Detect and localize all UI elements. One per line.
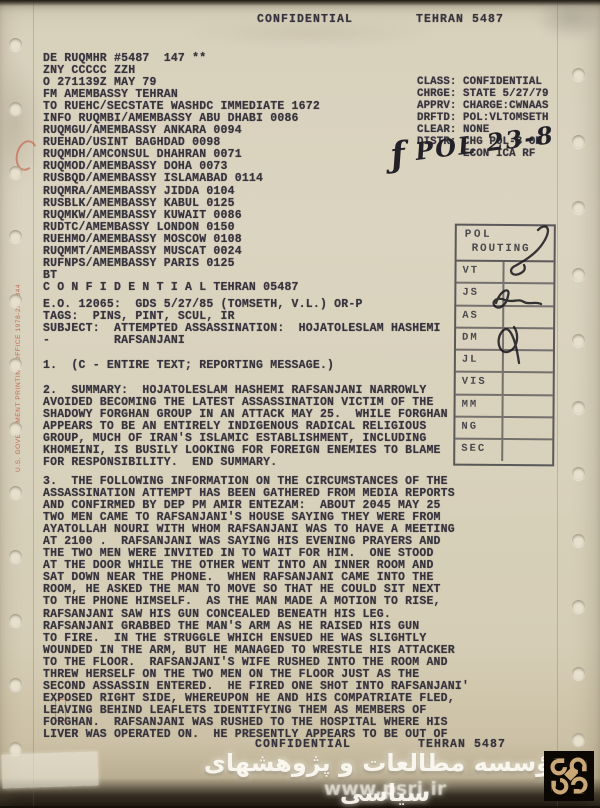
punch-hole [9, 230, 22, 243]
routing-signature-cell [504, 396, 553, 417]
punch-hole [9, 742, 22, 755]
routing-signature-cell [504, 307, 553, 328]
routing-row-label: AS [456, 306, 504, 327]
routing-signature-cell [504, 284, 553, 305]
routing-row-label: SEC [455, 440, 503, 461]
routing-row-label: VIS [456, 373, 504, 394]
routing-row-label: JS [456, 284, 504, 305]
punch-hole [9, 614, 22, 627]
cable-paragraph-3-details: 3. THE FOLLOWING INFORMATION ON THE CIRC… [43, 476, 469, 742]
punch-hole [9, 38, 22, 51]
fold-crease-right [557, 0, 558, 806]
top-cable-number: TEHRAN 5487 [416, 14, 504, 26]
punch-hole [9, 486, 22, 499]
punch-hole [9, 550, 22, 563]
routing-row-dm: DM [456, 329, 553, 352]
punch-hole [572, 401, 585, 414]
routing-row-mm: MM [455, 395, 552, 418]
scan-edge-top [0, 0, 600, 6]
cable-scan-page: U.S. GOVERNMENT PRINTING OFFICE 1978-288… [0, 0, 600, 806]
punch-hole [572, 201, 585, 214]
cable-paragraph-2-summary: 2. SUMMARY: HOJATOLESLAM HASHEMI RAFSANJ… [43, 385, 448, 470]
punch-hole [572, 334, 585, 347]
routing-row-js: JS [456, 284, 553, 307]
routing-signature-cell [504, 351, 553, 372]
routing-title-line2: ROUTING [465, 242, 554, 257]
routing-row-label: MM [456, 395, 504, 416]
punch-hole [572, 268, 585, 281]
punch-hole [572, 467, 585, 480]
fold-crease-left [33, 0, 34, 806]
punch-hole [572, 600, 585, 613]
routing-row-label: NG [455, 418, 503, 439]
routing-row-label: DM [456, 329, 504, 350]
punch-hole [572, 667, 585, 680]
routing-title-line1: POL [465, 229, 492, 241]
routing-row-label: VT [456, 262, 504, 283]
punch-hole [9, 294, 22, 307]
routing-row-label: JL [456, 351, 504, 372]
punch-hole [9, 166, 22, 179]
pol-routing-stamp: POLROUTING VT JS AS DM JL VIS MM NG SEC [453, 224, 556, 467]
punch-hole [572, 534, 585, 547]
routing-row-as: AS [456, 306, 553, 329]
routing-signature-cell [504, 373, 553, 394]
cable-paragraph-1: 1. (C - ENTIRE TEXT; REPORTING MESSAGE.) [43, 360, 334, 372]
routing-row-sec: SEC [455, 440, 552, 461]
routing-signature-cell [503, 440, 552, 461]
punch-hole [9, 358, 22, 371]
tape-patch [1, 751, 98, 788]
punch-hole [9, 102, 22, 115]
handwritten-annotation: ƒ POL 23-8 [389, 122, 556, 169]
cable-routing-header: DE RUQMHR #5487 147 ** ZNY CCCCC ZZH O 2… [43, 53, 320, 295]
routing-signature-cell [504, 329, 553, 350]
routing-row-vis: VIS [456, 373, 553, 396]
routing-signature-cell [503, 418, 552, 439]
routing-row-ng: NG [455, 418, 552, 441]
routing-signature-cell [504, 262, 553, 283]
punch-hole [9, 422, 22, 435]
punch-hole [9, 678, 22, 691]
top-classification-banner: CONFIDENTIAL [257, 14, 353, 26]
punch-hole [572, 733, 585, 746]
handwriting-flourish: ƒ [388, 134, 407, 175]
punch-hole [572, 68, 585, 81]
routing-row-jl: JL [456, 351, 553, 374]
archive-watermark-url: www.psri.ir [250, 778, 520, 800]
psri-archive-logo [544, 751, 594, 801]
cable-reference-block: E.O. 12065: GDS 5/27/85 (TOMSETH, V.L.) … [43, 299, 441, 347]
punch-hole [572, 135, 585, 148]
paper-stain [536, 0, 600, 40]
routing-stamp-title: POLROUTING [457, 226, 554, 263]
routing-row-vt: VT [456, 262, 553, 285]
